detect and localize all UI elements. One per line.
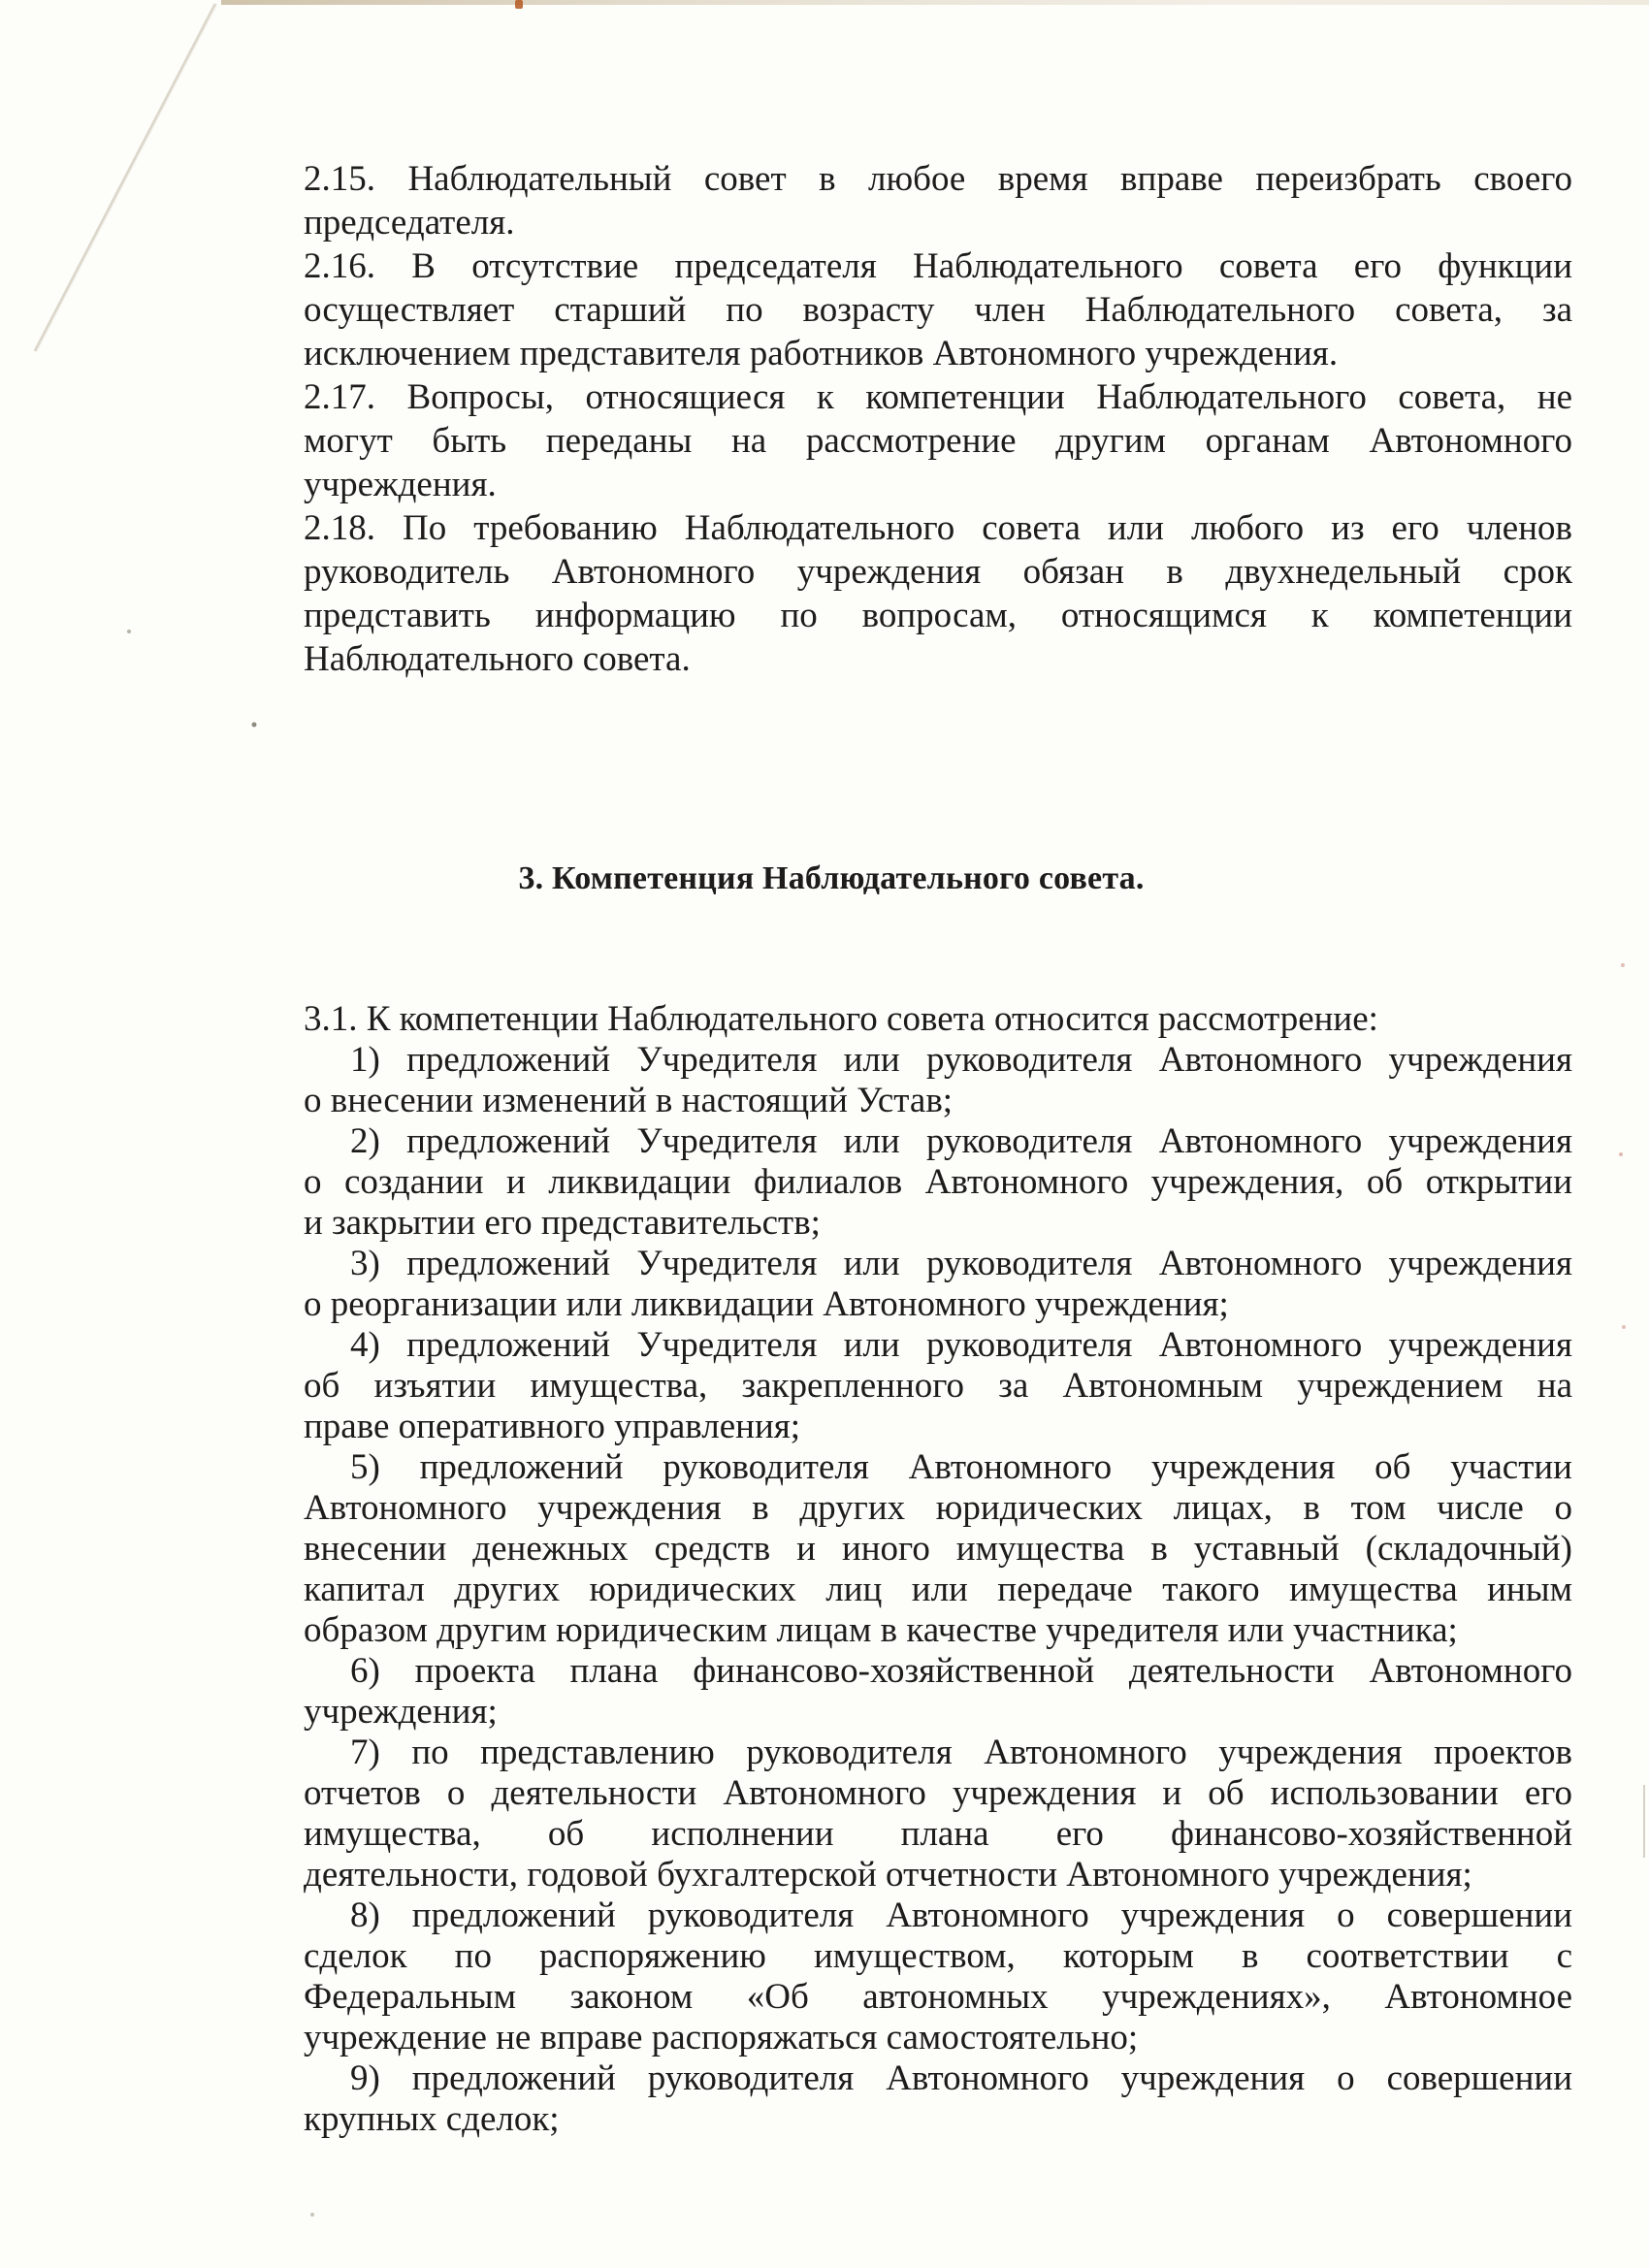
text-line: учреждение не вправе распоряжаться самос… [304, 2018, 1572, 2058]
paragraph: 2.16. В отсутствие председателя Наблюдат… [304, 244, 1572, 375]
scan-speck [1622, 1325, 1626, 1329]
text-line: и закрытии его представительств; [304, 1203, 1572, 1244]
text-line: деятельности, годовой бухгалтерской отче… [304, 1855, 1572, 1895]
paragraph: 2.17. Вопросы, относящиеся к компетенции… [304, 375, 1572, 506]
text-line: 8) предложений руководителя Автономного … [304, 1895, 1572, 1936]
scanned-charter-page: 2.15. Наблюдательный совет в любое время… [0, 0, 1649, 2268]
text-line: могут быть переданы на рассмотрение друг… [304, 419, 1572, 463]
paragraph: 2.15. Наблюдательный совет в любое время… [304, 157, 1572, 244]
scan-top-edge [221, 0, 1649, 5]
text-line: Наблюдательного совета. [304, 637, 1572, 681]
section-3-paragraphs: 3.1. К компетенции Наблюдательного совет… [304, 999, 1572, 2140]
text-line: 2.15. Наблюдательный совет в любое время… [304, 157, 1572, 201]
text-line: 3.1. К компетенции Наблюдательного совет… [304, 999, 1572, 1040]
paragraph: 7) по представлению руководителя Автоном… [304, 1733, 1572, 1895]
text-line: крупных сделок; [304, 2099, 1572, 2140]
text-line: исключением представителя работников Авт… [304, 332, 1572, 375]
text-line: руководитель Автономного учреждения обяз… [304, 550, 1572, 594]
scan-speck [1619, 1152, 1623, 1156]
text-line: 2.18. По требованию Наблюдательного сове… [304, 506, 1572, 550]
scan-speck [1621, 963, 1625, 967]
text-line: 2.16. В отсутствие председателя Наблюдат… [304, 244, 1572, 288]
section-2-paragraphs: 2.15. Наблюдательный совет в любое время… [304, 157, 1572, 681]
paragraph: 9) предложений руководителя Автономного … [304, 2058, 1572, 2140]
paragraph: 4) предложений Учредителя или руководите… [304, 1325, 1572, 1447]
text-line: отчетов о деятельности Автономного учреж… [304, 1773, 1572, 1814]
text-line: 2) предложений Учредителя или руководите… [304, 1121, 1572, 1162]
text-line: о внесении изменений в настоящий Устав; [304, 1081, 1572, 1121]
paragraph: 3.1. К компетенции Наблюдательного совет… [304, 999, 1572, 1040]
text-line: Федеральным законом «Об автономных учреж… [304, 1977, 1572, 2018]
text-line: Автономного учреждения в других юридичес… [304, 1488, 1572, 1529]
text-line: 4) предложений Учредителя или руководите… [304, 1325, 1572, 1366]
text-line: 1) предложений Учредителя или руководите… [304, 1040, 1572, 1081]
paragraph: 2.18. По требованию Наблюдательного сове… [304, 506, 1572, 681]
text-line: о реорганизации или ликвидации Автономно… [304, 1284, 1572, 1325]
text-line: 7) по представлению руководителя Автоном… [304, 1733, 1572, 1773]
scan-fold-line-highlight [37, 4, 217, 351]
text-line: имущества, об исполнении плана его финан… [304, 1814, 1572, 1855]
text-line: сделок по распоряжению имуществом, котор… [304, 1936, 1572, 1977]
paragraph: 1) предложений Учредителя или руководите… [304, 1040, 1572, 1121]
text-line: учреждения. [304, 463, 1572, 506]
paragraph: 8) предложений руководителя Автономного … [304, 1895, 1572, 2058]
paragraph: 2) предложений Учредителя или руководите… [304, 1121, 1572, 1244]
text-line: образом другим юридическим лицам в качес… [304, 1610, 1572, 1651]
text-line: 6) проекта плана финансово-хозяйственной… [304, 1651, 1572, 1692]
text-line: 2.17. Вопросы, относящиеся к компетенции… [304, 375, 1572, 419]
text-line: праве оперативного управления; [304, 1407, 1572, 1447]
scan-speck [310, 2213, 314, 2217]
text-line: о создании и ликвидации филиалов Автоном… [304, 1162, 1572, 1203]
scan-speck [252, 723, 257, 728]
text-line: осуществляет старший по возрасту член На… [304, 288, 1572, 332]
text-line: внесении денежных средств и иного имущес… [304, 1529, 1572, 1570]
paragraph: 3) предложений Учредителя или руководите… [304, 1244, 1572, 1325]
text-line: об изъятии имущества, закрепленного за А… [304, 1366, 1572, 1407]
text-line: представить информацию по вопросам, отно… [304, 594, 1572, 637]
text-line: 9) предложений руководителя Автономного … [304, 2058, 1572, 2099]
paragraph: 6) проекта плана финансово-хозяйственной… [304, 1651, 1572, 1733]
section-3-heading: 3. Компетенция Наблюдательного совета. [197, 858, 1466, 900]
scan-red-mark [515, 0, 523, 9]
scan-speck [127, 630, 131, 633]
scan-right-edge-line [1643, 1785, 1645, 1858]
scan-fold-line [35, 4, 215, 351]
text-line: капитал других юридических лиц или перед… [304, 1570, 1572, 1610]
text-line: 3) предложений Учредителя или руководите… [304, 1244, 1572, 1284]
text-line: 5) предложений руководителя Автономного … [304, 1447, 1572, 1488]
text-line: учреждения; [304, 1692, 1572, 1733]
text-line: председателя. [304, 201, 1572, 244]
paragraph: 5) предложений руководителя Автономного … [304, 1447, 1572, 1651]
